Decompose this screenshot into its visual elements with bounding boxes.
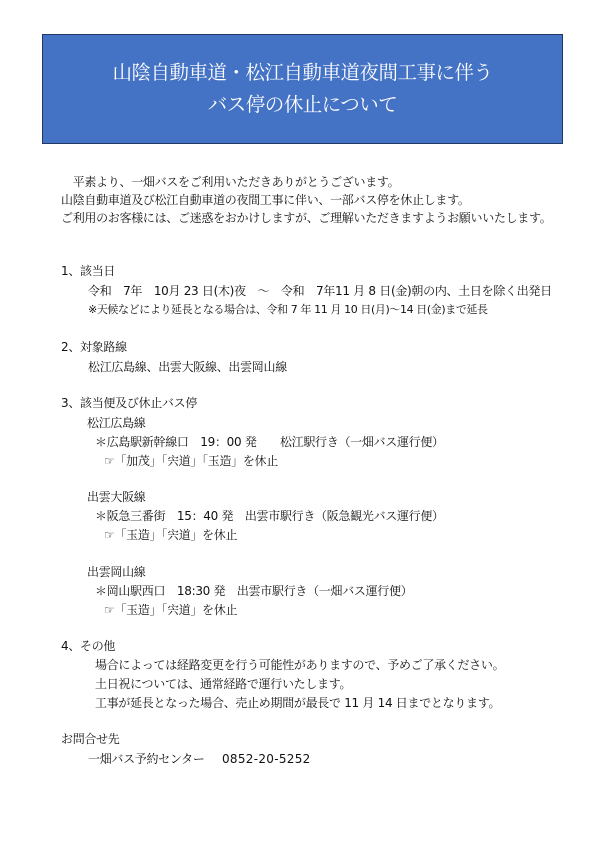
route-list-text: 松江広島線、出雲大阪線、出雲岡山線 [88,360,287,374]
title-line-2: バス停の休止について [208,89,398,121]
intro-line-2: 山陰自動車道及び松江自動車道の夜間工事に伴い、一部バス停を休止します。 [61,193,470,207]
trip-info: ＊阪急三番街 15：40 発 出雲市駅行き（阪急観光バス運行便） [95,509,444,523]
other-line-1: 場合によっては経路変更を行う可能性がありますので、予めご了承ください。 [95,658,504,672]
contact-heading: お問合せ先 [61,732,120,746]
title-line-1: 山陰自動車道・松江自動車道夜間工事に伴う [112,57,492,89]
section-heading: 2、対象路線 [61,340,127,354]
intro-line-3: ご利用のお客様には、ご迷惑をおかけしますが、ご理解いただきますようお願いいたしま… [61,211,551,225]
closed-stops: ☞「玉造」「宍道」を休止 [104,603,237,617]
contact-phone: 0852-20-5252 [222,752,311,766]
section-heading: 1、該当日 [61,264,115,278]
section-heading: 4、その他 [61,639,115,653]
route-name: 松江広島線 [87,416,146,430]
intro-line-1: 平素より、一畑バスをご利用いただきありがとうございます。 [61,175,399,189]
extension-note: ※天候などにより延長となる場合は、令和 7 年 11 月 10 日(月)～14 … [88,303,488,317]
route-name: 出雲大阪線 [87,490,146,504]
title-banner: 山陰自動車道・松江自動車道夜間工事に伴う バス停の休止について [42,34,563,144]
trip-info: ＊広島駅新幹線口 19：00 発 松江駅行き（一畑バス運行便） [95,435,444,449]
closed-stops: ☞「玉造」「宍道」を休止 [104,528,237,542]
other-line-2: 土日祝については、通常経路で運行いたします。 [95,677,351,691]
closed-stops: ☞「加茂」「宍道」「玉造」を休止 [104,454,278,468]
date-range-text: 令和 7年 10月 23 日(木)夜 ～ 令和 7年11 月 8 日(金)朝の内… [88,284,552,298]
route-name: 出雲岡山線 [87,565,146,579]
other-line-3: 工事が延長となった場合、売止め期間が最長で 11 月 14 日までとなります。 [95,696,500,710]
contact-name: 一畑バス予約センター [88,752,205,766]
section-heading: 3、該当便及び休止バス停 [61,396,197,410]
trip-info: ＊岡山駅西口 18:30 発 出雲市駅行き（一畑バス運行便） [95,584,412,598]
